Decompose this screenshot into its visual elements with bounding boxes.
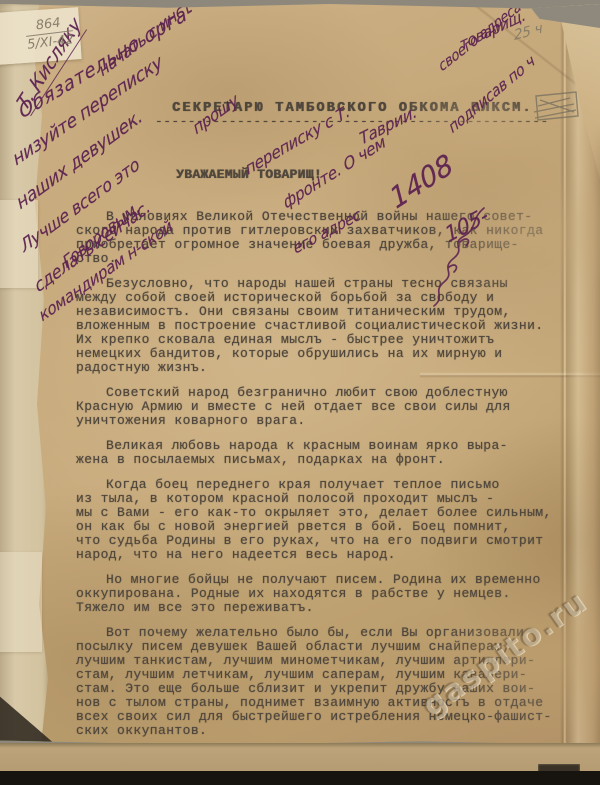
pencil-scribble bbox=[530, 82, 584, 124]
signature-flourish bbox=[420, 202, 498, 314]
paragraph-5: Когда боец переднего края получает тепло… bbox=[76, 478, 568, 562]
letter-page: СЕКРЕТАРЮ ТАМБОВСКОГО ОБКОМА ВЛКСМ. ----… bbox=[0, 4, 600, 745]
scan-background-bottom bbox=[0, 771, 600, 785]
paragraph-3: Советский народ безгранично любит свою д… bbox=[76, 386, 568, 428]
next-page-edge bbox=[0, 743, 600, 773]
archival-number-pencil: 864 5/XI-42 bbox=[24, 14, 74, 52]
paragraph-4: Великая любовь народа к красным воинам я… bbox=[76, 439, 568, 467]
paragraph-6: Но многие бойцы не получают писем. Родин… bbox=[76, 573, 568, 615]
document-scan: СЕКРЕТАРЮ ТАМБОВСКОГО ОБКОМА ВЛКСМ. ----… bbox=[0, 0, 600, 785]
